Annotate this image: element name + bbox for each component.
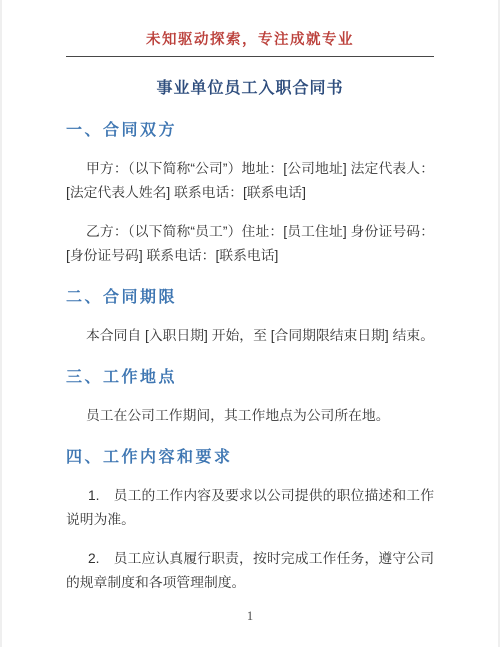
header-band: 未知驱动探索，专注成就专业 — [66, 30, 434, 57]
list-item-1-marker: 1. — [88, 488, 100, 503]
paragraph-contract-term: 本合同自 [入职日期] 开始，至 [合同期限结束日期] 结束。 — [66, 324, 434, 348]
page-number: 1 — [66, 607, 434, 625]
section-heading-location: 三、工作地点 — [66, 367, 434, 389]
list-item-2-text: 员工应认真履行职责，按时完成工作任务，遵守公司的规章制度和各项管理制度。 — [66, 551, 434, 590]
list-item-1: 1.员工的工作内容及要求以公司提供的职位描述和工作说明为准。 — [66, 484, 434, 532]
paragraph-work-location: 员工在公司工作期间，其工作地点为公司所在地。 — [66, 404, 434, 428]
header-motto: 未知驱动探索，专注成就专业 — [66, 30, 434, 51]
document-page: 未知驱动探索，专注成就专业 事业单位员工入职合同书 一、合同双方 甲方：（以下简… — [0, 0, 500, 647]
section-heading-term: 二、合同期限 — [66, 287, 434, 309]
paragraph-party-b: 乙方：（以下简称“员工”）住址：[员工住址] 身份证号码：[身份证号码] 联系电… — [66, 220, 434, 268]
document-title: 事业单位员工入职合同书 — [66, 77, 434, 101]
list-item-1-text: 员工的工作内容及要求以公司提供的职位描述和工作说明为准。 — [66, 488, 434, 527]
list-item-2-marker: 2. — [88, 551, 100, 566]
section-heading-duties: 四、工作内容和要求 — [66, 447, 434, 469]
paragraph-party-a: 甲方：（以下简称“公司”）地址：[公司地址] 法定代表人：[法定代表人姓名] 联… — [66, 157, 434, 205]
page-content: 未知驱动探索，专注成就专业 事业单位员工入职合同书 一、合同双方 甲方：（以下简… — [0, 0, 500, 625]
section-heading-parties: 一、合同双方 — [66, 120, 434, 142]
list-item-2: 2.员工应认真履行职责，按时完成工作任务，遵守公司的规章制度和各项管理制度。 — [66, 547, 434, 595]
